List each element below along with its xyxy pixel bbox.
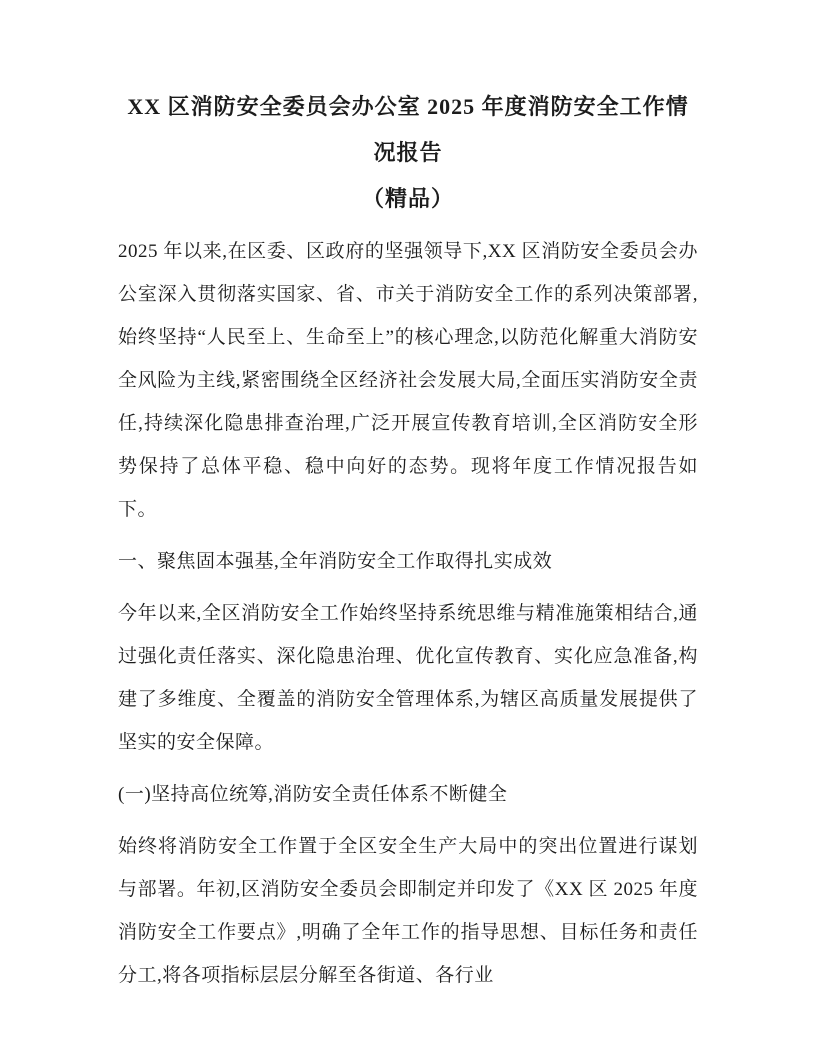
document-body: 2025 年以来,在区委、区政府的坚强领导下,XX 区消防安全委员会办公室深入贯… [118,230,698,997]
section-heading-1: 一、聚焦固本强基,全年消防安全工作取得扎实成效 [118,540,698,583]
paragraph-section-1-overview: 今年以来,全区消防安全工作始终坚持系统思维与精准施策相结合,通过强化责任落实、深… [118,592,698,764]
document-subtitle: （精品） [118,176,698,222]
document-title: XX 区消防安全委员会办公室 2025 年度消防安全工作情况报告 （精品） [118,84,698,222]
paragraph-intro: 2025 年以来,在区委、区政府的坚强领导下,XX 区消防安全委员会办公室深入贯… [118,230,698,531]
document-page: XX 区消防安全委员会办公室 2025 年度消防安全工作情况报告 （精品） 20… [0,0,816,1056]
subsection-heading-1-1: (一)坚持高位统筹,消防安全责任体系不断健全 [118,773,698,816]
document-title-text: XX 区消防安全委员会办公室 2025 年度消防安全工作情况报告 [118,84,698,176]
paragraph-subsection-1-1: 始终将消防安全工作置于全区安全生产大局中的突出位置进行谋划与部署。年初,区消防安… [118,825,698,997]
